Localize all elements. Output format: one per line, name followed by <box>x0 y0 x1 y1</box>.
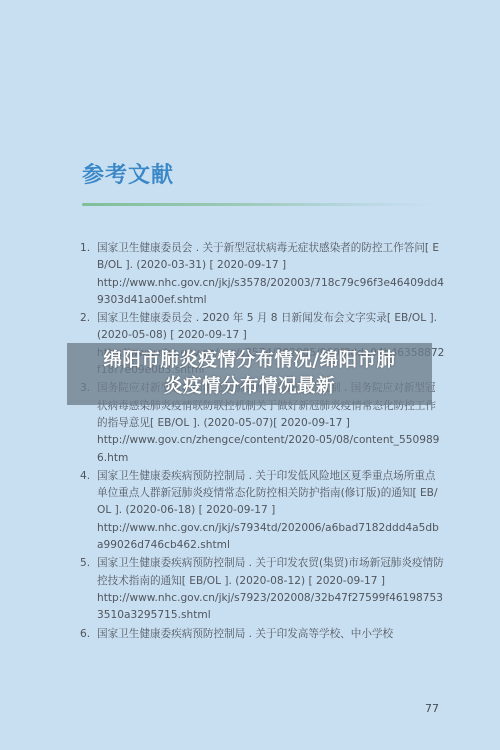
headline-line-2: 炎疫情分布情况最新 <box>164 374 335 400</box>
reference-item: 5. 国家卫生健康委疾病预防控制局 . 关于印发农贸(集贸)市场新冠肺炎疫情防控… <box>80 555 445 624</box>
reference-text: 国家卫生健康委疾病预防控制局 . 关于印发高等学校、中小学校 <box>97 626 445 643</box>
reference-url: http://www.gov.cn/zhengce/content/2020-0… <box>97 432 445 467</box>
reference-item: 6. 国家卫生健康委疾病预防控制局 . 关于印发高等学校、中小学校 <box>80 626 445 643</box>
title-divider <box>82 203 434 206</box>
reference-url: http://www.nhc.gov.cn/jkj/s3578/202003/7… <box>97 275 445 310</box>
section-title: 参考文献 <box>82 163 174 189</box>
reference-number: 6. <box>80 626 90 643</box>
reference-item: 4. 国家卫生健康委疾病预防控制局 . 关于印发低风险地区夏季重点场所重点单位重… <box>80 468 445 554</box>
reference-text: 国家卫生健康委疾病预防控制局 . 关于印发农贸(集贸)市场新冠肺炎疫情防控技术指… <box>97 555 445 590</box>
reference-number: 1. <box>80 240 90 257</box>
reference-text: 国家卫生健康委员会 . 2020 年 5 月 8 日新闻发布会文字实录[ EB/… <box>97 310 445 345</box>
reference-number: 5. <box>80 555 90 572</box>
reference-number: 2. <box>80 310 90 327</box>
reference-text: 国家卫生健康委员会 . 关于新型冠状病毒无症状感染者的防控工作答问[ EB/OL… <box>97 240 445 275</box>
page-number: 77 <box>425 702 439 715</box>
reference-text: 国家卫生健康委疾病预防控制局 . 关于印发低风险地区夏季重点场所重点单位重点人群… <box>97 468 445 520</box>
reference-number: 4. <box>80 468 90 485</box>
document-page: 参考文献 1. 国家卫生健康委员会 . 关于新型冠状病毒无症状感染者的防控工作答… <box>0 0 500 750</box>
headline-overlay-banner: 绵阳市肺炎疫情分布情况/绵阳市肺 炎疫情分布情况最新 <box>67 343 432 405</box>
reference-url: http://www.nhc.gov.cn/jkj/s7934td/202006… <box>97 520 445 555</box>
reference-url: http://www.nhc.gov.cn/jkj/s7923/202008/3… <box>97 590 445 625</box>
reference-list: 1. 国家卫生健康委员会 . 关于新型冠状病毒无症状感染者的防控工作答问[ EB… <box>80 240 445 644</box>
reference-item: 1. 国家卫生健康委员会 . 关于新型冠状病毒无症状感染者的防控工作答问[ EB… <box>80 240 445 309</box>
headline-line-1: 绵阳市肺炎疫情分布情况/绵阳市肺 <box>103 348 395 374</box>
